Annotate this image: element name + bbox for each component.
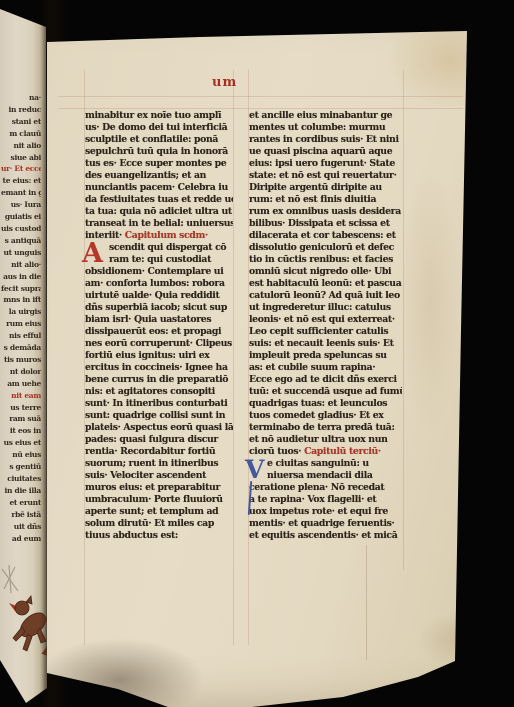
text-line: sunt· In itineribus conturbati	[85, 398, 233, 410]
text-line: uox impetus rote· et equi fre	[249, 506, 402, 518]
text-line: dilacerata et cor tabescens: et	[249, 230, 402, 242]
facing-text-fragment: rbē istā	[1, 509, 41, 521]
text-line: nunciantis pacem· Celebra iu	[85, 182, 233, 194]
text-line: bene currus in die preparatiō	[85, 374, 233, 386]
facing-text-fragment: s antiquā	[1, 235, 41, 247]
facing-text-fragment: nū eius	[1, 449, 41, 461]
text-line: suis: et necauit leenis suis· Et	[249, 338, 402, 350]
facing-text-fragment: nit eam	[1, 390, 41, 402]
text-line: nis: et agitatores consopiti	[85, 386, 233, 398]
manuscript-photo: na·in reducstani etm clauūnit aliosiue a…	[0, 0, 514, 707]
chapter-rubric: Capitulū terciū·	[304, 446, 381, 457]
facing-text-fragment: et erunt	[1, 497, 41, 509]
facing-text-fragment: ur· Et ecce	[1, 163, 41, 175]
text-line: et ancille eius minabantur ge	[249, 110, 402, 122]
text-line: scendit qui dispergat cō	[85, 242, 233, 254]
facing-text-fragment: te eius: et	[1, 175, 41, 187]
text-line: fortiū eius ignitus: uiri ex	[85, 350, 233, 362]
facing-text-fragment: nt dolor	[1, 366, 41, 378]
text-line: quadrigas tuas: et leunculos	[249, 398, 402, 410]
text-line: us· De domo dei tui interficiā	[85, 122, 233, 134]
facing-text-fragment: mns in ift	[1, 294, 41, 306]
ruling-line	[58, 96, 463, 97]
facing-text-fragment: s demāda	[1, 342, 41, 354]
text-line: ut ingrederetur illuc: catulus	[249, 302, 402, 314]
facing-text-fragment: ram suā	[1, 413, 41, 425]
text-line: impleuit preda speluncas su	[249, 350, 402, 362]
text-line: rum: et nō est finis diuitia	[249, 194, 402, 206]
text-line: umbraculum· Porte fluuiorū	[85, 494, 233, 506]
text-line: nes eorū corruperunt· Clipeus	[85, 338, 233, 350]
facing-text-fragment: la uirgis	[1, 306, 41, 318]
facing-text-fragment: na·	[1, 92, 41, 104]
page-crease	[366, 545, 367, 660]
facing-text-fragment: nit alio·	[1, 259, 41, 271]
facing-text-fragment: rum eius	[1, 318, 41, 330]
text-line: suis· Velociter ascendent	[85, 470, 233, 482]
text-line: minabitur ex noīe tuo amplī	[85, 110, 233, 122]
facing-text-fragment: us terre	[1, 402, 41, 414]
text-line: ram te: qui custodiat	[85, 254, 233, 266]
text-line: muros eius: et preparabitur	[85, 482, 233, 494]
text-line: a te rapina· Vox flagelli· et	[249, 494, 402, 506]
text-line: dñs superbiā iacob; sicut sup	[85, 302, 233, 314]
facing-text-fragment: ciuitates	[1, 473, 41, 485]
facing-text-fragment: siue abi	[1, 152, 41, 164]
illuminated-initial-A: A	[82, 240, 103, 267]
text-line: catulorū leonū? Ad quā iuit leo	[249, 290, 402, 302]
text-line: tuos comedet gladius· Et ex	[249, 410, 402, 422]
text-line: leonis· et nō est qui exterreat·	[249, 314, 402, 326]
text-line: ta tua: quia nō adiciet ultra ut	[85, 206, 233, 218]
text-line: Ecce ego ad te dicit dñs exerci	[249, 374, 402, 386]
text-line: sepulchrū tuū quia in honorā	[85, 146, 233, 158]
text-line: omniū sicut nigredo olle· Ubi	[249, 266, 402, 278]
text-line: tiuus abductus est:	[85, 530, 233, 542]
text-line: aperte sunt; et templum ad	[85, 506, 233, 518]
text-line: eius: ipsi uero fugerunt· State	[249, 158, 402, 170]
facing-text-fragment: aus in die	[1, 271, 41, 283]
manuscript-page: um minabitur ex noīe tuo amplīus· De dom…	[0, 0, 514, 707]
text-line: tio in cūctis renibus: et facies	[249, 254, 402, 266]
text-line: as: et cubile suum rapina·	[249, 362, 402, 374]
facing-text-fragment: am uehe	[1, 378, 41, 390]
text-line: terminabo de terra predā tuā:	[249, 422, 402, 434]
text-line: niuersa mendacii dila	[249, 470, 402, 482]
text-line: obsidionem· Contemplare ui	[85, 266, 233, 278]
facing-text-fragment: uit dñs	[1, 521, 41, 533]
text-line: mentis· et quadrige feruentis·	[249, 518, 402, 530]
ruling-line	[403, 70, 404, 570]
facing-text-fragment: us· Iura	[1, 199, 41, 211]
text-line: pades: quasi fulgura discur	[85, 434, 233, 446]
facing-text-fragment: tis muros	[1, 354, 41, 366]
text-line: tuū: et succendā usque ad fumū	[249, 386, 402, 398]
text-line: sculptile et conflatile: ponā	[85, 134, 233, 146]
text-line: Diripite argentū diripite au	[249, 182, 402, 194]
facing-text-fragment: m clauū	[1, 128, 41, 140]
text-line: rentia· Recordabitur fortiū	[85, 446, 233, 458]
text-line: et equitis ascendentis· et micā	[249, 530, 402, 542]
text-line: et nō audietur ultra uox nun	[249, 434, 402, 446]
facing-text-fragment: in die illa	[1, 485, 41, 497]
text-line: sunt: quadrige collisi sunt in	[85, 410, 233, 422]
facing-text-fragment: nis efful	[1, 330, 41, 342]
text-line: interiit· Capitulum scdm·	[85, 230, 233, 242]
text-line: rum ex omnibus uasis desidera	[249, 206, 402, 218]
text-line: bilibus· Dissipata et scissa et	[249, 218, 402, 230]
text-line: tus es· Ecce super montes pe	[85, 158, 233, 170]
text-line: dissolutio geniculorū et defec	[249, 242, 402, 254]
facing-text-fragment: s gentiū	[1, 461, 41, 473]
chapter-rubric: Capitulum scdm·	[125, 230, 208, 241]
column-right: et ancille eius minabantur gementes ut c…	[249, 110, 402, 542]
text-line: da festiuitates tuas et redde uo	[85, 194, 233, 206]
facing-text-fragment: ad eum	[1, 533, 41, 545]
ruling-line	[233, 70, 234, 645]
facing-text-fragment: it eos in	[1, 425, 41, 437]
text-line: am· conforta lumbos: robora	[85, 278, 233, 290]
facing-text-fragment: ut unguis	[1, 247, 41, 259]
text-line: rantes in cordibus suis· Et nini	[249, 134, 402, 146]
text-line: des euangelizantis; et an	[85, 170, 233, 182]
text-line: biam isrl· Quia uastatores	[85, 314, 233, 326]
running-header: um	[212, 75, 237, 90]
facing-text-fragment: us eius et	[1, 437, 41, 449]
column-left: minabitur ex noīe tuo amplīus· De domo d…	[85, 110, 233, 542]
ruling-line	[58, 108, 463, 109]
text-line: suorum; ruent in itineribus	[85, 458, 233, 470]
facing-text-fragment: stani et	[1, 116, 41, 128]
facing-text-fragment: guiatis ei	[1, 211, 41, 223]
text-line: solum dirutū· Et miles cap	[85, 518, 233, 530]
facing-page-text-fragments: na·in reducstani etm clauūnit aliosiue a…	[1, 92, 41, 544]
text-line: ciorū tuos· Capitulū terciū·	[249, 446, 402, 458]
facing-text-fragment: emant in g	[1, 187, 41, 199]
facing-text-fragment: in reduc	[1, 104, 41, 116]
text-line: ue quasi piscina aquarū aque	[249, 146, 402, 158]
illuminated-initial-V: V	[245, 457, 264, 482]
text-line: transeat in te belial: uniuersus	[85, 218, 233, 230]
text-line: dissipauerūt eos: et propagi	[85, 326, 233, 338]
facing-text-fragment: uis custod	[1, 223, 41, 235]
text-line: e ciuitas sanguinū: u	[249, 458, 402, 470]
text-line: Leo cepit sufficienter catulis	[249, 326, 402, 338]
margin-doodle-scribble	[0, 563, 24, 597]
text-line: est habitaculū leonū: et pascua	[249, 278, 402, 290]
text-line: mentes ut columbe: murmu	[249, 122, 402, 134]
facing-text-fragment: fecit supra	[1, 283, 41, 295]
facing-text-fragment: nit alio	[1, 140, 41, 152]
text-line: ceratione plena· Nō recedat	[249, 482, 402, 494]
text-line: ercitus in coccineis· Ignee ha	[85, 362, 233, 374]
facing-page-edge: na·in reducstani etm clauūnit aliosiue a…	[0, 0, 47, 707]
text-line: uirtutē ualde· Quia reddidit	[85, 290, 233, 302]
text-line: state: et nō est qui reuertatur·	[249, 170, 402, 182]
text-line: plateis· Aspectus eorū quasi lā	[85, 422, 233, 434]
